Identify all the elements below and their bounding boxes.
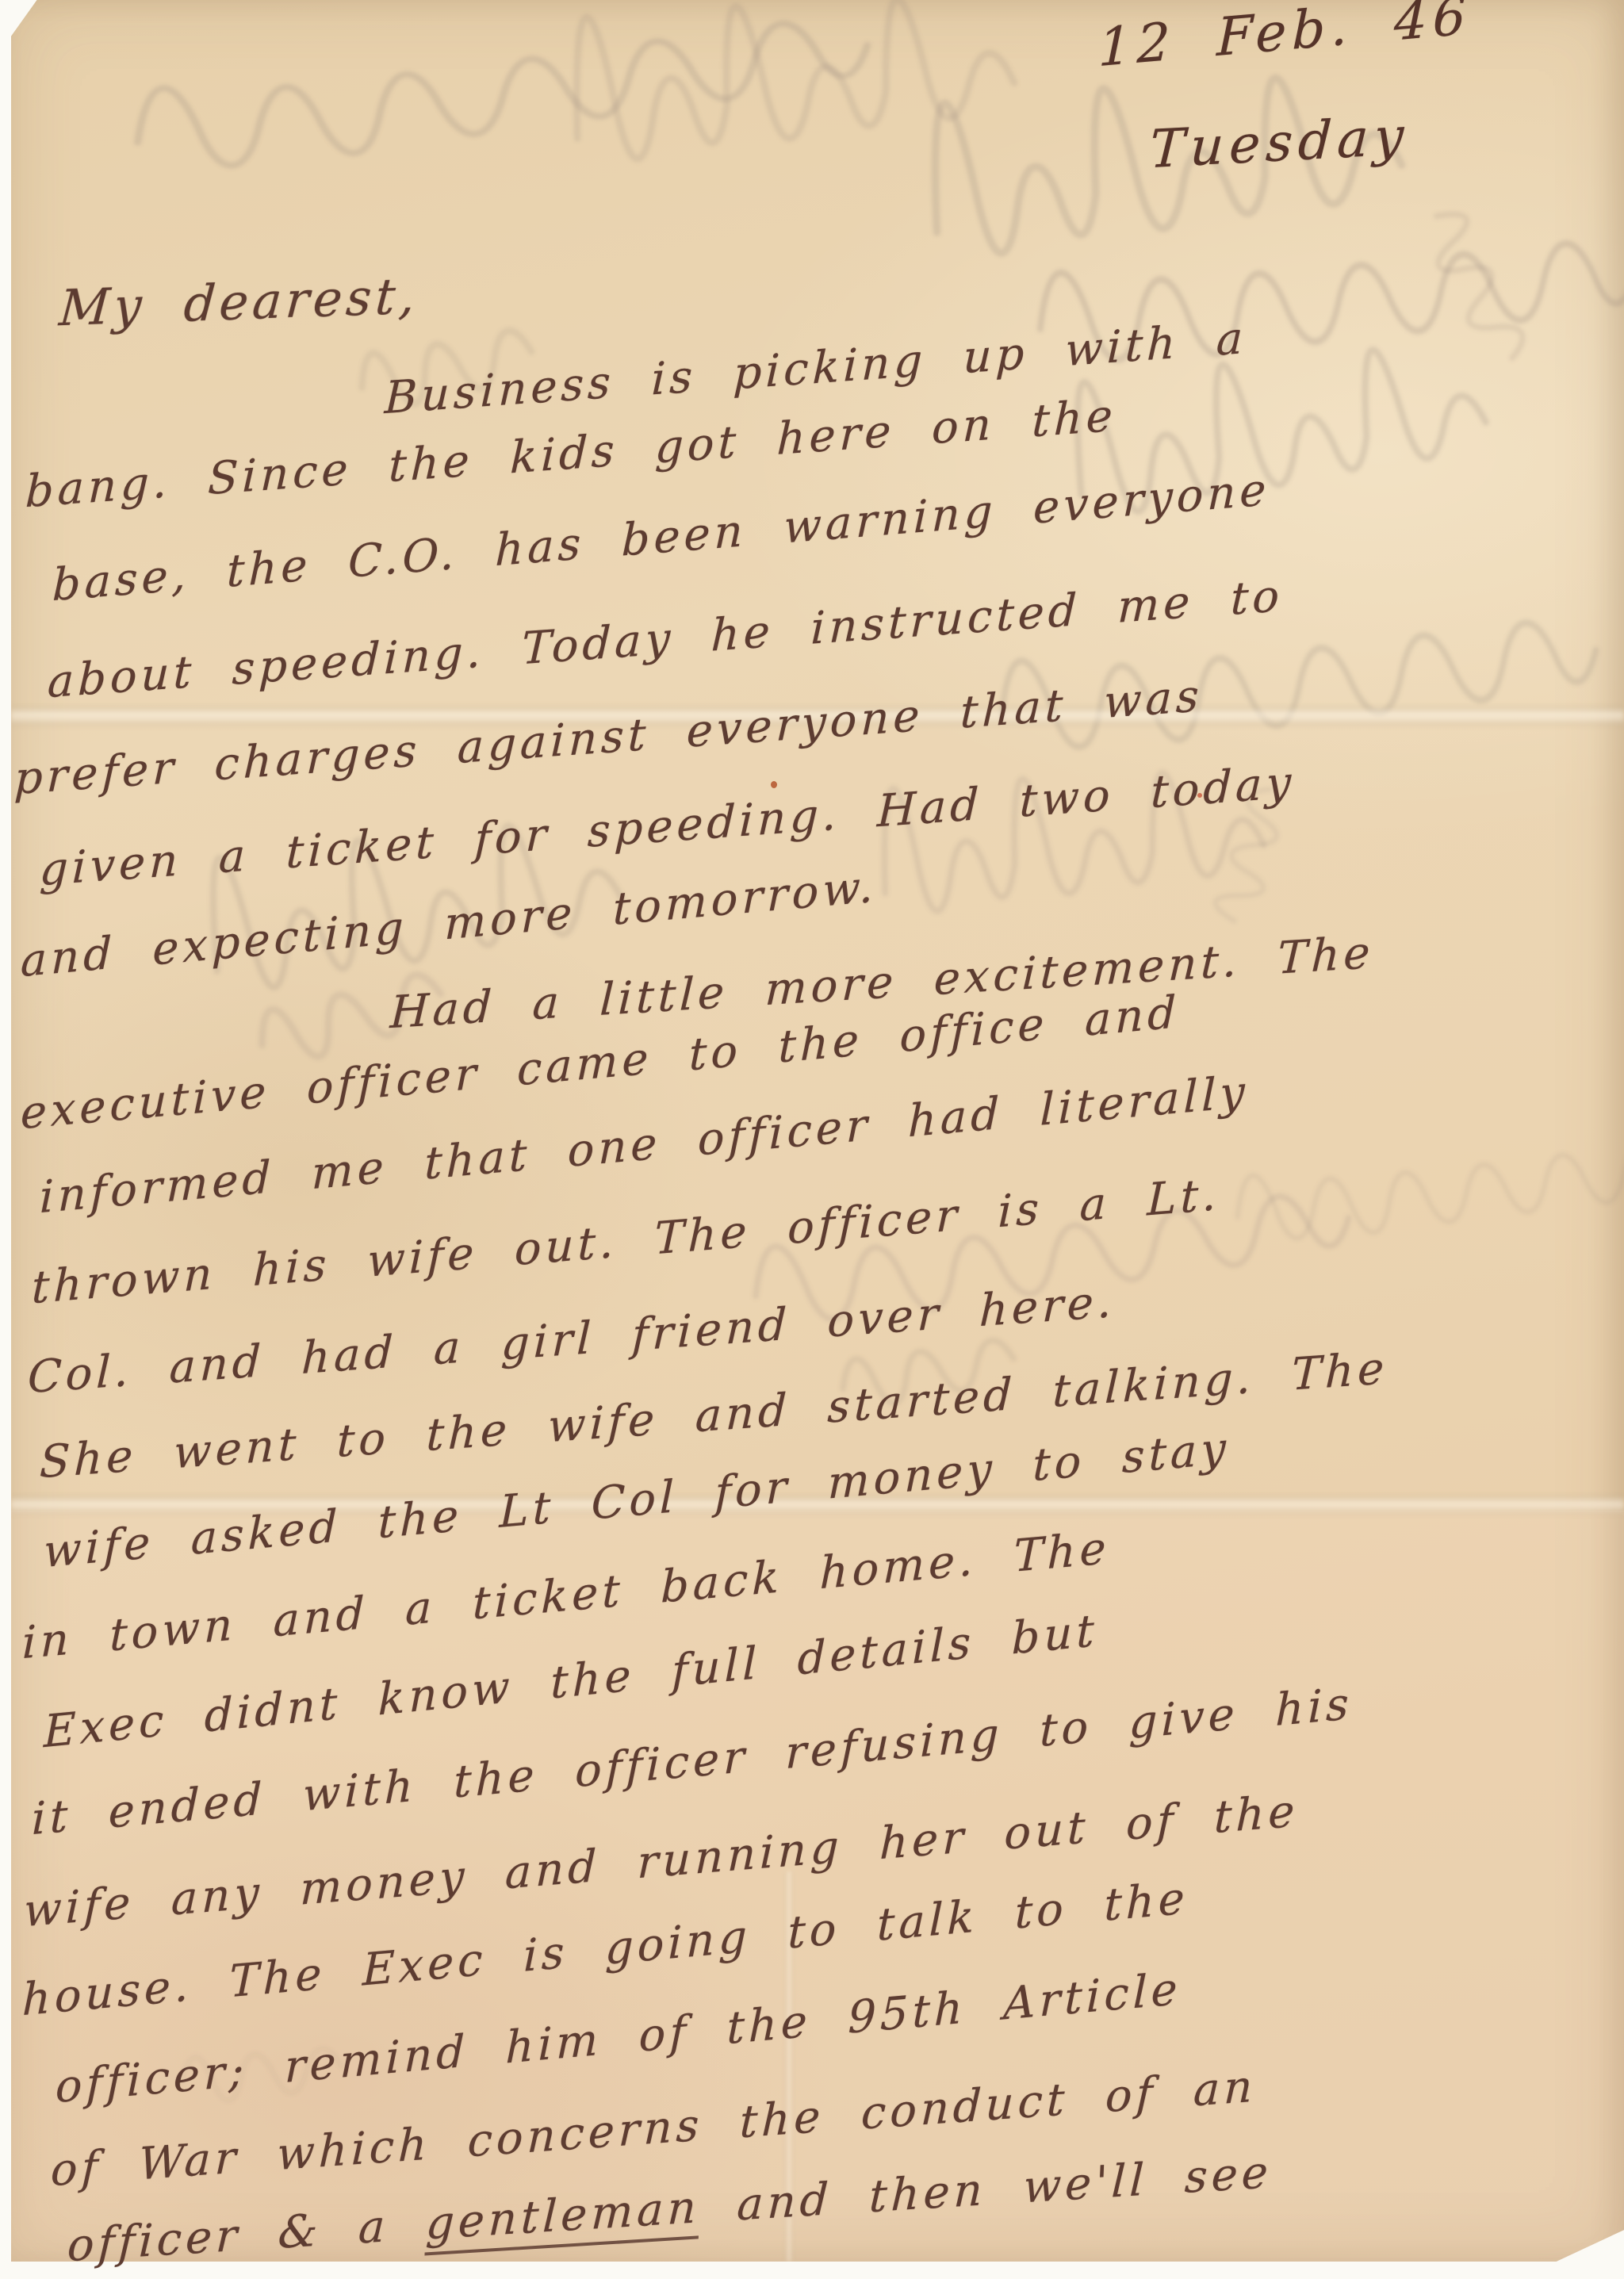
rust-speck xyxy=(771,781,777,788)
scanned-letter-page: 12 Feb. 46 Tuesday My dearest, Business … xyxy=(0,0,1624,2279)
